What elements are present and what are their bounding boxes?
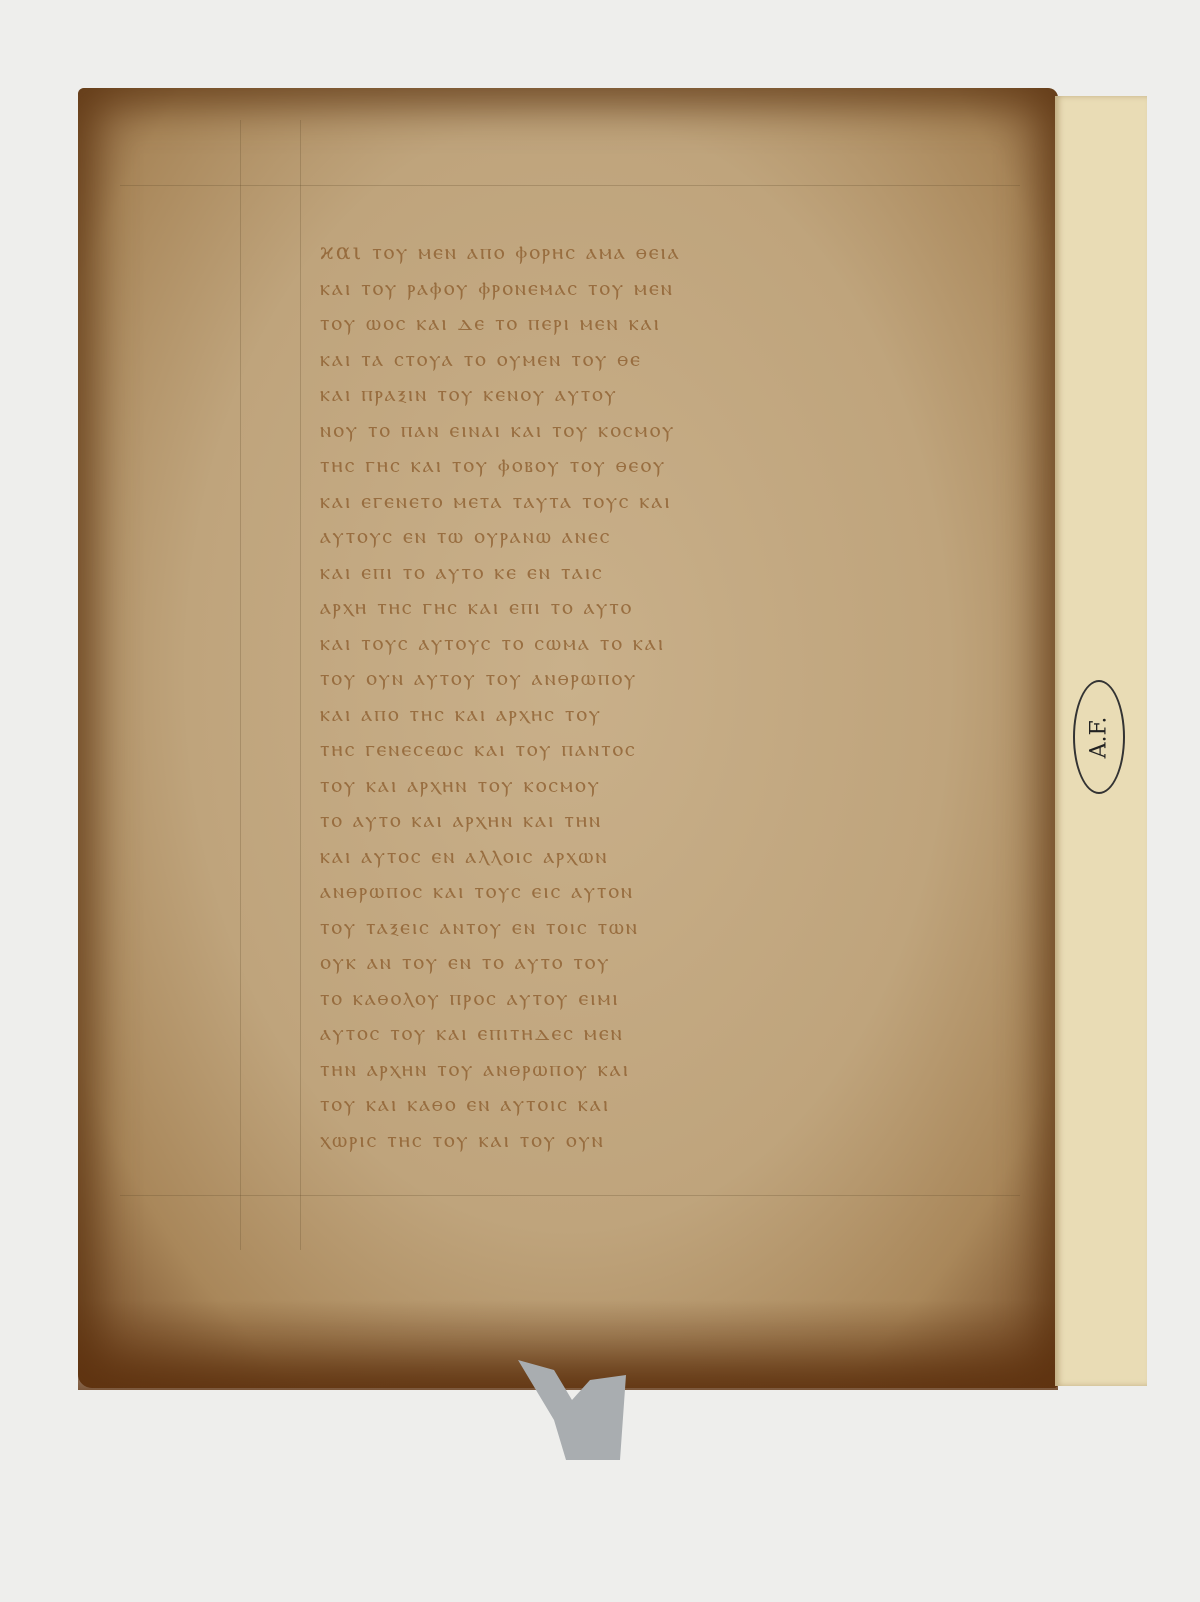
text-line: ⲕⲁⲓ ⲧⲁ ⲥⲧⲟⲩⲁ ⲧⲟ ⲟⲩⲙⲉⲛ ⲧⲟⲩ ⲑⲉ: [320, 347, 1020, 383]
text-line: ⲕⲁⲓ ⲡⲣⲁⲝⲓⲛ ⲧⲟⲩ ⲕⲉⲛⲟⲩ ⲁⲩⲧⲟⲩ: [320, 382, 1020, 418]
text-line: ⲧⲏⲛ ⲁⲣⲭⲏⲛ ⲧⲟⲩ ⲁⲛⲑⲣⲱⲡⲟⲩ ⲕⲁⲓ: [320, 1057, 1020, 1093]
text-line: ⲧⲟ ⲕⲁⲑⲟⲗⲟⲩ ⲡⲣⲟⲥ ⲁⲩⲧⲟⲩ ⲉⲓⲙⲓ: [320, 986, 1020, 1022]
text-line: ⲁⲩⲧⲟⲩⲥ ⲉⲛ ⲧⲱ ⲟⲩⲣⲁⲛⲱ ⲁⲛⲉⲥ: [320, 524, 1020, 560]
ruling-line: [120, 185, 1020, 186]
ruling-line: [240, 120, 241, 1250]
text-line: ⲁⲩⲧⲟⲥ ⲧⲟⲩ ⲕⲁⲓ ⲉⲡⲓⲧⲏⲇⲉⲥ ⲙⲉⲛ: [320, 1021, 1020, 1057]
text-line: ⲧⲏⲥ ⲅⲉⲛⲉⲥⲉⲱⲥ ⲕⲁⲓ ⲧⲟⲩ ⲡⲁⲛⲧⲟⲥ: [320, 737, 1020, 773]
text-line: ⲭⲱⲣⲓⲥ ⲧⲏⲥ ⲧⲟⲩ ⲕⲁⲓ ⲧⲟⲩ ⲟⲩⲛ: [320, 1128, 1020, 1164]
text-line: ⲁⲛⲑⲣⲱⲡⲟⲥ ⲕⲁⲓ ⲧⲟⲩⲥ ⲉⲓⲥ ⲁⲩⲧⲟⲛ: [320, 879, 1020, 915]
text-line: ⲕⲁⲓ ⲧⲟⲩ ⲣⲁⲫⲟⲩ ⲫⲣⲟⲛⲉⲙⲁⲥ ⲧⲟⲩ ⲙⲉⲛ: [320, 276, 1020, 312]
text-line: ⲧⲟⲩ ⲕⲁⲓ ⲕⲁⲑⲟ ⲉⲛ ⲁⲩⲧⲟⲓⲥ ⲕⲁⲓ: [320, 1092, 1020, 1128]
text-line: ⲟⲩⲕ ⲁⲛ ⲧⲟⲩ ⲉⲛ ⲧⲟ ⲁⲩⲧⲟ ⲧⲟⲩ: [320, 950, 1020, 986]
text-line: ⲧⲏⲥ ⲅⲏⲥ ⲕⲁⲓ ⲧⲟⲩ ⲫⲟⲃⲟⲩ ⲧⲟⲩ ⲑⲉⲟⲩ: [320, 453, 1020, 489]
circled-annotation: A.F.: [1073, 680, 1125, 794]
text-line: ⲁⲣⲭⲏ ⲧⲏⲥ ⲅⲏⲥ ⲕⲁⲓ ⲉⲡⲓ ⲧⲟ ⲁⲩⲧⲟ: [320, 595, 1020, 631]
text-line: ⲧⲟⲩ ⲟⲩⲛ ⲁⲩⲧⲟⲩ ⲧⲟⲩ ⲁⲛⲑⲣⲱⲡⲟⲩ: [320, 666, 1020, 702]
text-line: ⲛⲟⲩ ⲧⲟ ⲡⲁⲛ ⲉⲓⲛⲁⲓ ⲕⲁⲓ ⲧⲟⲩ ⲕⲟⲥⲙⲟⲩ: [320, 418, 1020, 454]
text-line: ϰαι ⲧⲟⲩ ⲙⲉⲛ ⲁⲡⲟ ⲫⲟⲣⲏⲥ ⲁⲙⲁ ⲑⲉⲓⲁ: [320, 240, 1020, 276]
text-line: ⲧⲟⲩ ⲕⲁⲓ ⲁⲣⲭⲏⲛ ⲧⲟⲩ ⲕⲟⲥⲙⲟⲩ: [320, 773, 1020, 809]
manuscript-text-block: ϰαι ⲧⲟⲩ ⲙⲉⲛ ⲁⲡⲟ ⲫⲟⲣⲏⲥ ⲁⲙⲁ ⲑⲉⲓⲁ ⲕⲁⲓ ⲧⲟⲩ ⲣ…: [320, 240, 1020, 1163]
text-line: ⲧⲟ ⲁⲩⲧⲟ ⲕⲁⲓ ⲁⲣⲭⲏⲛ ⲕⲁⲓ ⲧⲏⲛ: [320, 808, 1020, 844]
text-line: ⲕⲁⲓ ⲉⲅⲉⲛⲉⲧⲟ ⲙⲉⲧⲁ ⲧⲁⲩⲧⲁ ⲧⲟⲩⲥ ⲕⲁⲓ: [320, 489, 1020, 525]
ruling-line: [120, 1195, 1020, 1196]
text-line: ⲕⲁⲓ ⲧⲟⲩⲥ ⲁⲩⲧⲟⲩⲥ ⲧⲟ ⲥⲱⲙⲁ ⲧⲟ ⲕⲁⲓ: [320, 631, 1020, 667]
text-line: ⲕⲁⲓ ⲁⲡⲟ ⲧⲏⲥ ⲕⲁⲓ ⲁⲣⲭⲏⲥ ⲧⲟⲩ: [320, 702, 1020, 738]
text-line: ⲧⲟⲩ ⲧⲁⲝⲉⲓⲥ ⲁⲛⲧⲟⲩ ⲉⲛ ⲧⲟⲓⲥ ⲧⲱⲛ: [320, 915, 1020, 951]
text-line: ⲕⲁⲓ ⲁⲩⲧⲟⲥ ⲉⲛ ⲁⲗⲗⲟⲓⲥ ⲁⲣⲭⲱⲛ: [320, 844, 1020, 880]
annotation-text: A.F.: [1087, 716, 1112, 758]
text-line: ⲕⲁⲓ ⲉⲡⲓ ⲧⲟ ⲁⲩⲧⲟ ⲕⲉ ⲉⲛ ⲧⲁⲓⲥ: [320, 560, 1020, 596]
text-line: ⲧⲟⲩ ⲱⲟⲥ ⲕⲁⲓ ⲇⲉ ⲧⲟ ⲡⲉⲣⲓ ⲙⲉⲛ ⲕⲁⲓ: [320, 311, 1020, 347]
burnt-bottom-edge: [78, 1300, 1058, 1390]
ruling-line: [300, 120, 301, 1250]
